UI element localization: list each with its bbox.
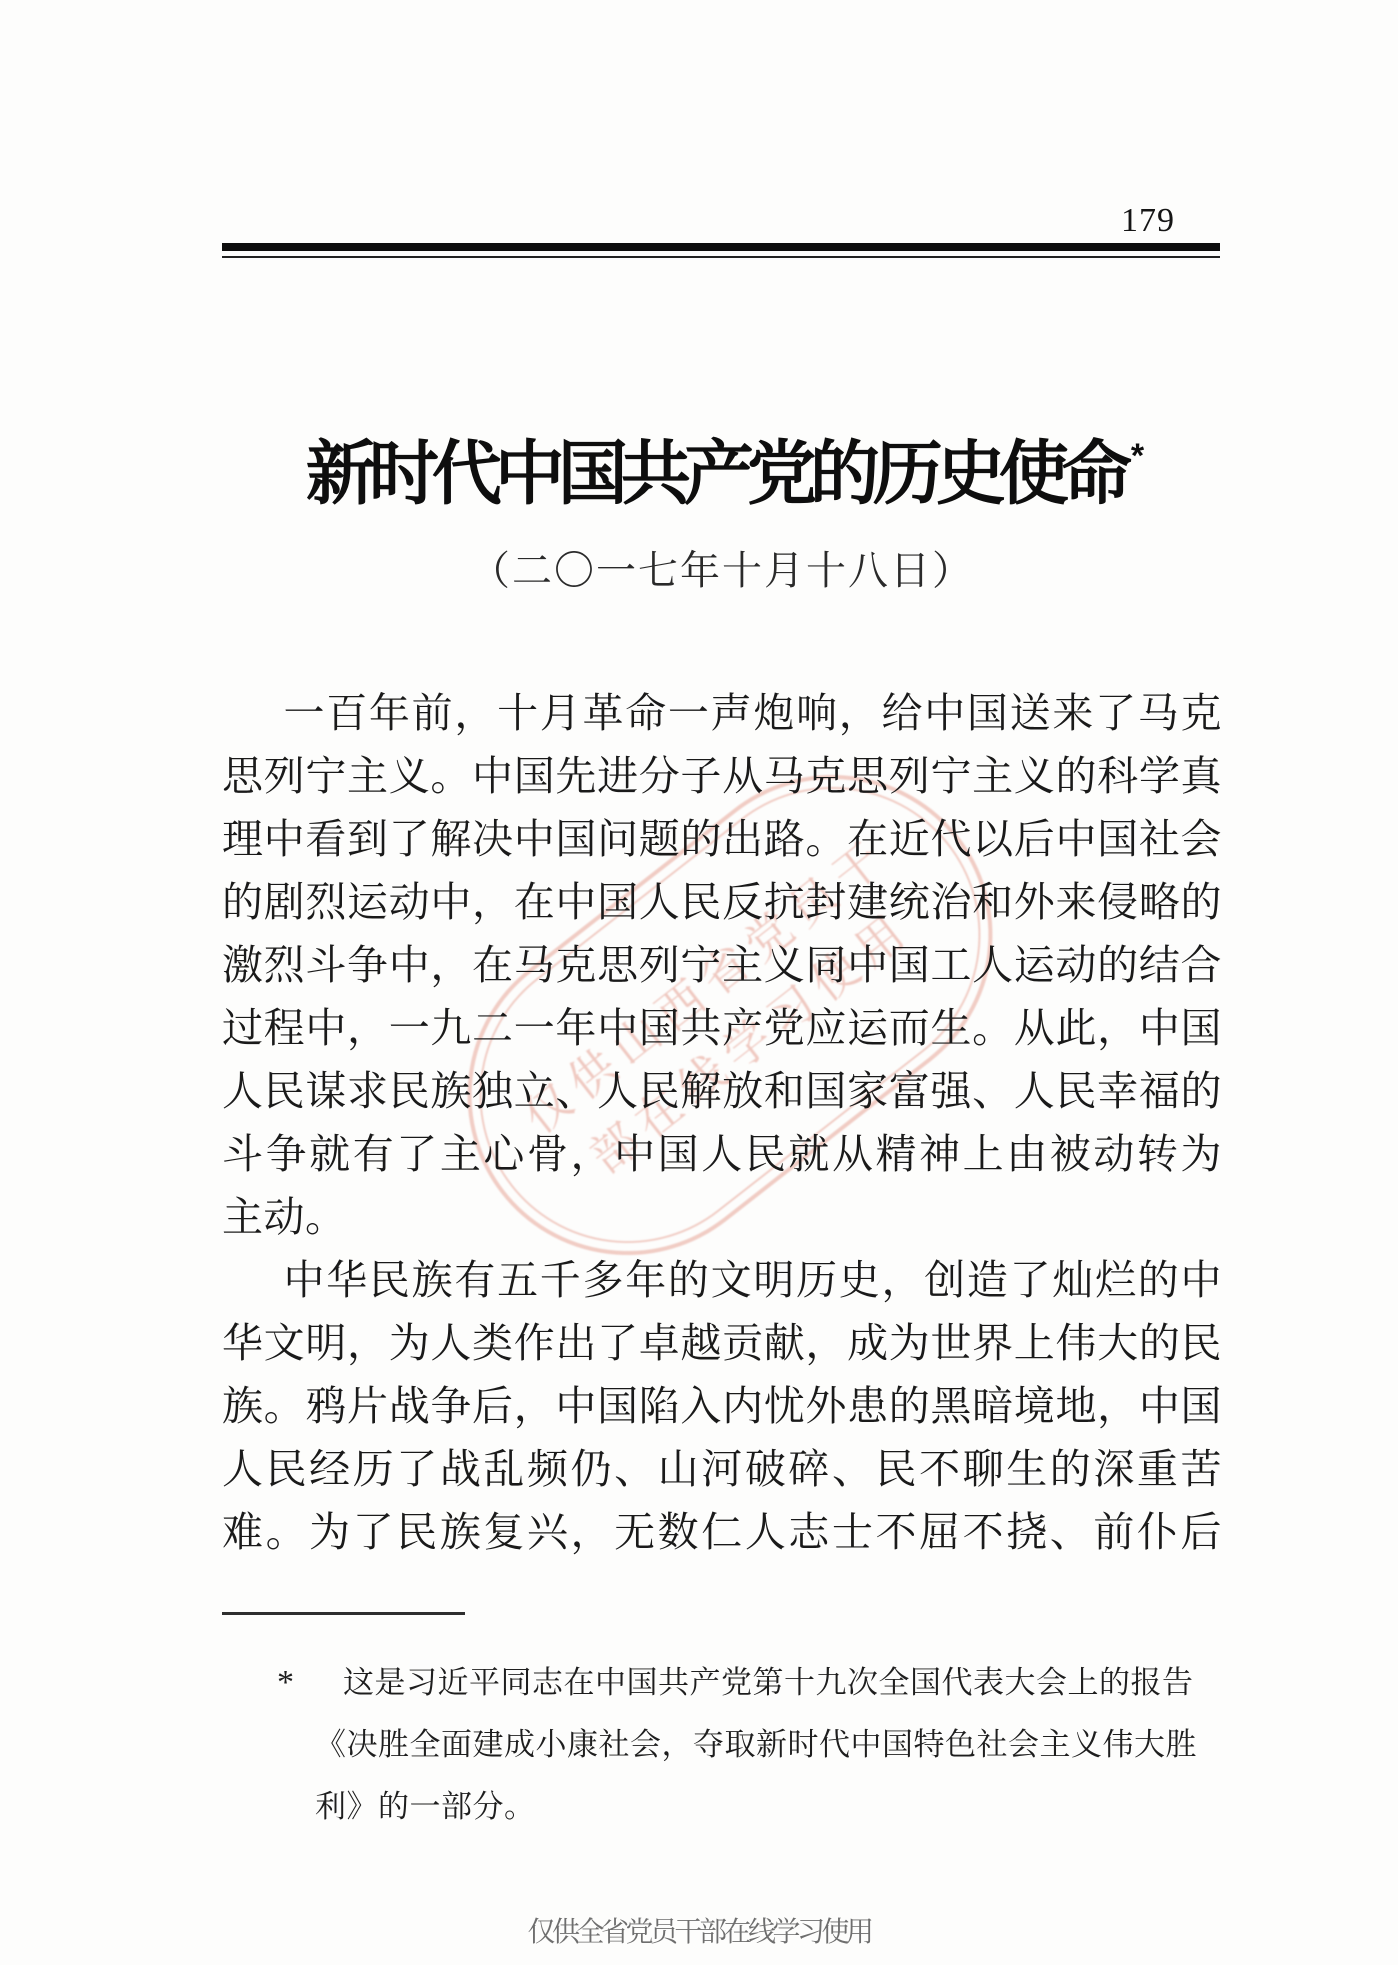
- document-title-text: 新时代中国共产党的历史使命: [306, 434, 1125, 512]
- scanned-document-page: 仅供山西省党员干 部在线学习使用 179 新时代中国共产党的历史使命* （二〇一…: [0, 0, 1398, 1965]
- document-title: 新时代中国共产党的历史使命*: [222, 412, 1222, 523]
- document-date: （二〇一七年十月十八日）: [222, 540, 1222, 602]
- body-line: 难。为了民族复兴，无数仁人志士不屈不挠、前仆后: [222, 1501, 1222, 1564]
- body-line: 斗争就有了主心骨，中国人民就从精神上由被动转为: [222, 1123, 1222, 1186]
- page-number: 179: [1121, 202, 1175, 240]
- header-rule-thin: [222, 256, 1220, 258]
- body-line: 族。鸦片战争后，中国陷入内忧外患的黑暗境地，中国: [222, 1375, 1222, 1438]
- footnote-line: *这是习近平同志在中国共产党第十九次全国代表大会上的报告: [222, 1652, 1222, 1714]
- footnote-line: 利》的一部分。: [222, 1776, 1222, 1838]
- header-rule-thick: [222, 243, 1220, 251]
- body-line: 中华民族有五千多年的文明历史，创造了灿烂的中: [222, 1249, 1222, 1312]
- title-footnote-marker: *: [1131, 437, 1144, 475]
- bottom-usage-notice-text: 仅供全省党员干部在线学习使用: [527, 1910, 870, 1950]
- footnote: *这是习近平同志在中国共产党第十九次全国代表大会上的报告 《决胜全面建成小康社会…: [222, 1652, 1222, 1838]
- body-line: 一百年前，十月革命一声炮响，给中国送来了马克: [222, 682, 1222, 745]
- body-line: 理中看到了解决中国问题的出路。在近代以后中国社会: [222, 808, 1222, 871]
- footnote-separator: [222, 1612, 465, 1615]
- body-line: 人民谋求民族独立、人民解放和国家富强、人民幸福的: [222, 1060, 1222, 1123]
- body-line: 人民经历了战乱频仍、山河破碎、民不聊生的深重苦: [222, 1438, 1222, 1501]
- footnote-line: 《决胜全面建成小康社会，夺取新时代中国特色社会主义伟大胜: [222, 1714, 1222, 1776]
- body-line: 主动。: [222, 1186, 1222, 1249]
- bottom-usage-notice: 仅供全省党员干部在线学习使用: [0, 1910, 1398, 1950]
- body-line: 华文明，为人类作出了卓越贡献，成为世界上伟大的民: [222, 1312, 1222, 1375]
- body-line: 的剧烈运动中，在中国人民反抗封建统治和外来侵略的: [222, 871, 1222, 934]
- body-line: 过程中，一九二一年中国共产党应运而生。从此，中国: [222, 997, 1222, 1060]
- body-text: 一百年前，十月革命一声炮响，给中国送来了马克 思列宁主义。中国先进分子从马克思列…: [222, 682, 1222, 1564]
- footnote-text: 这是习近平同志在中国共产党第十九次全国代表大会上的报告: [343, 1665, 1194, 1700]
- footnote-marker: *: [277, 1652, 343, 1714]
- body-line: 思列宁主义。中国先进分子从马克思列宁主义的科学真: [222, 745, 1222, 808]
- body-line: 激烈斗争中，在马克思列宁主义同中国工人运动的结合: [222, 934, 1222, 997]
